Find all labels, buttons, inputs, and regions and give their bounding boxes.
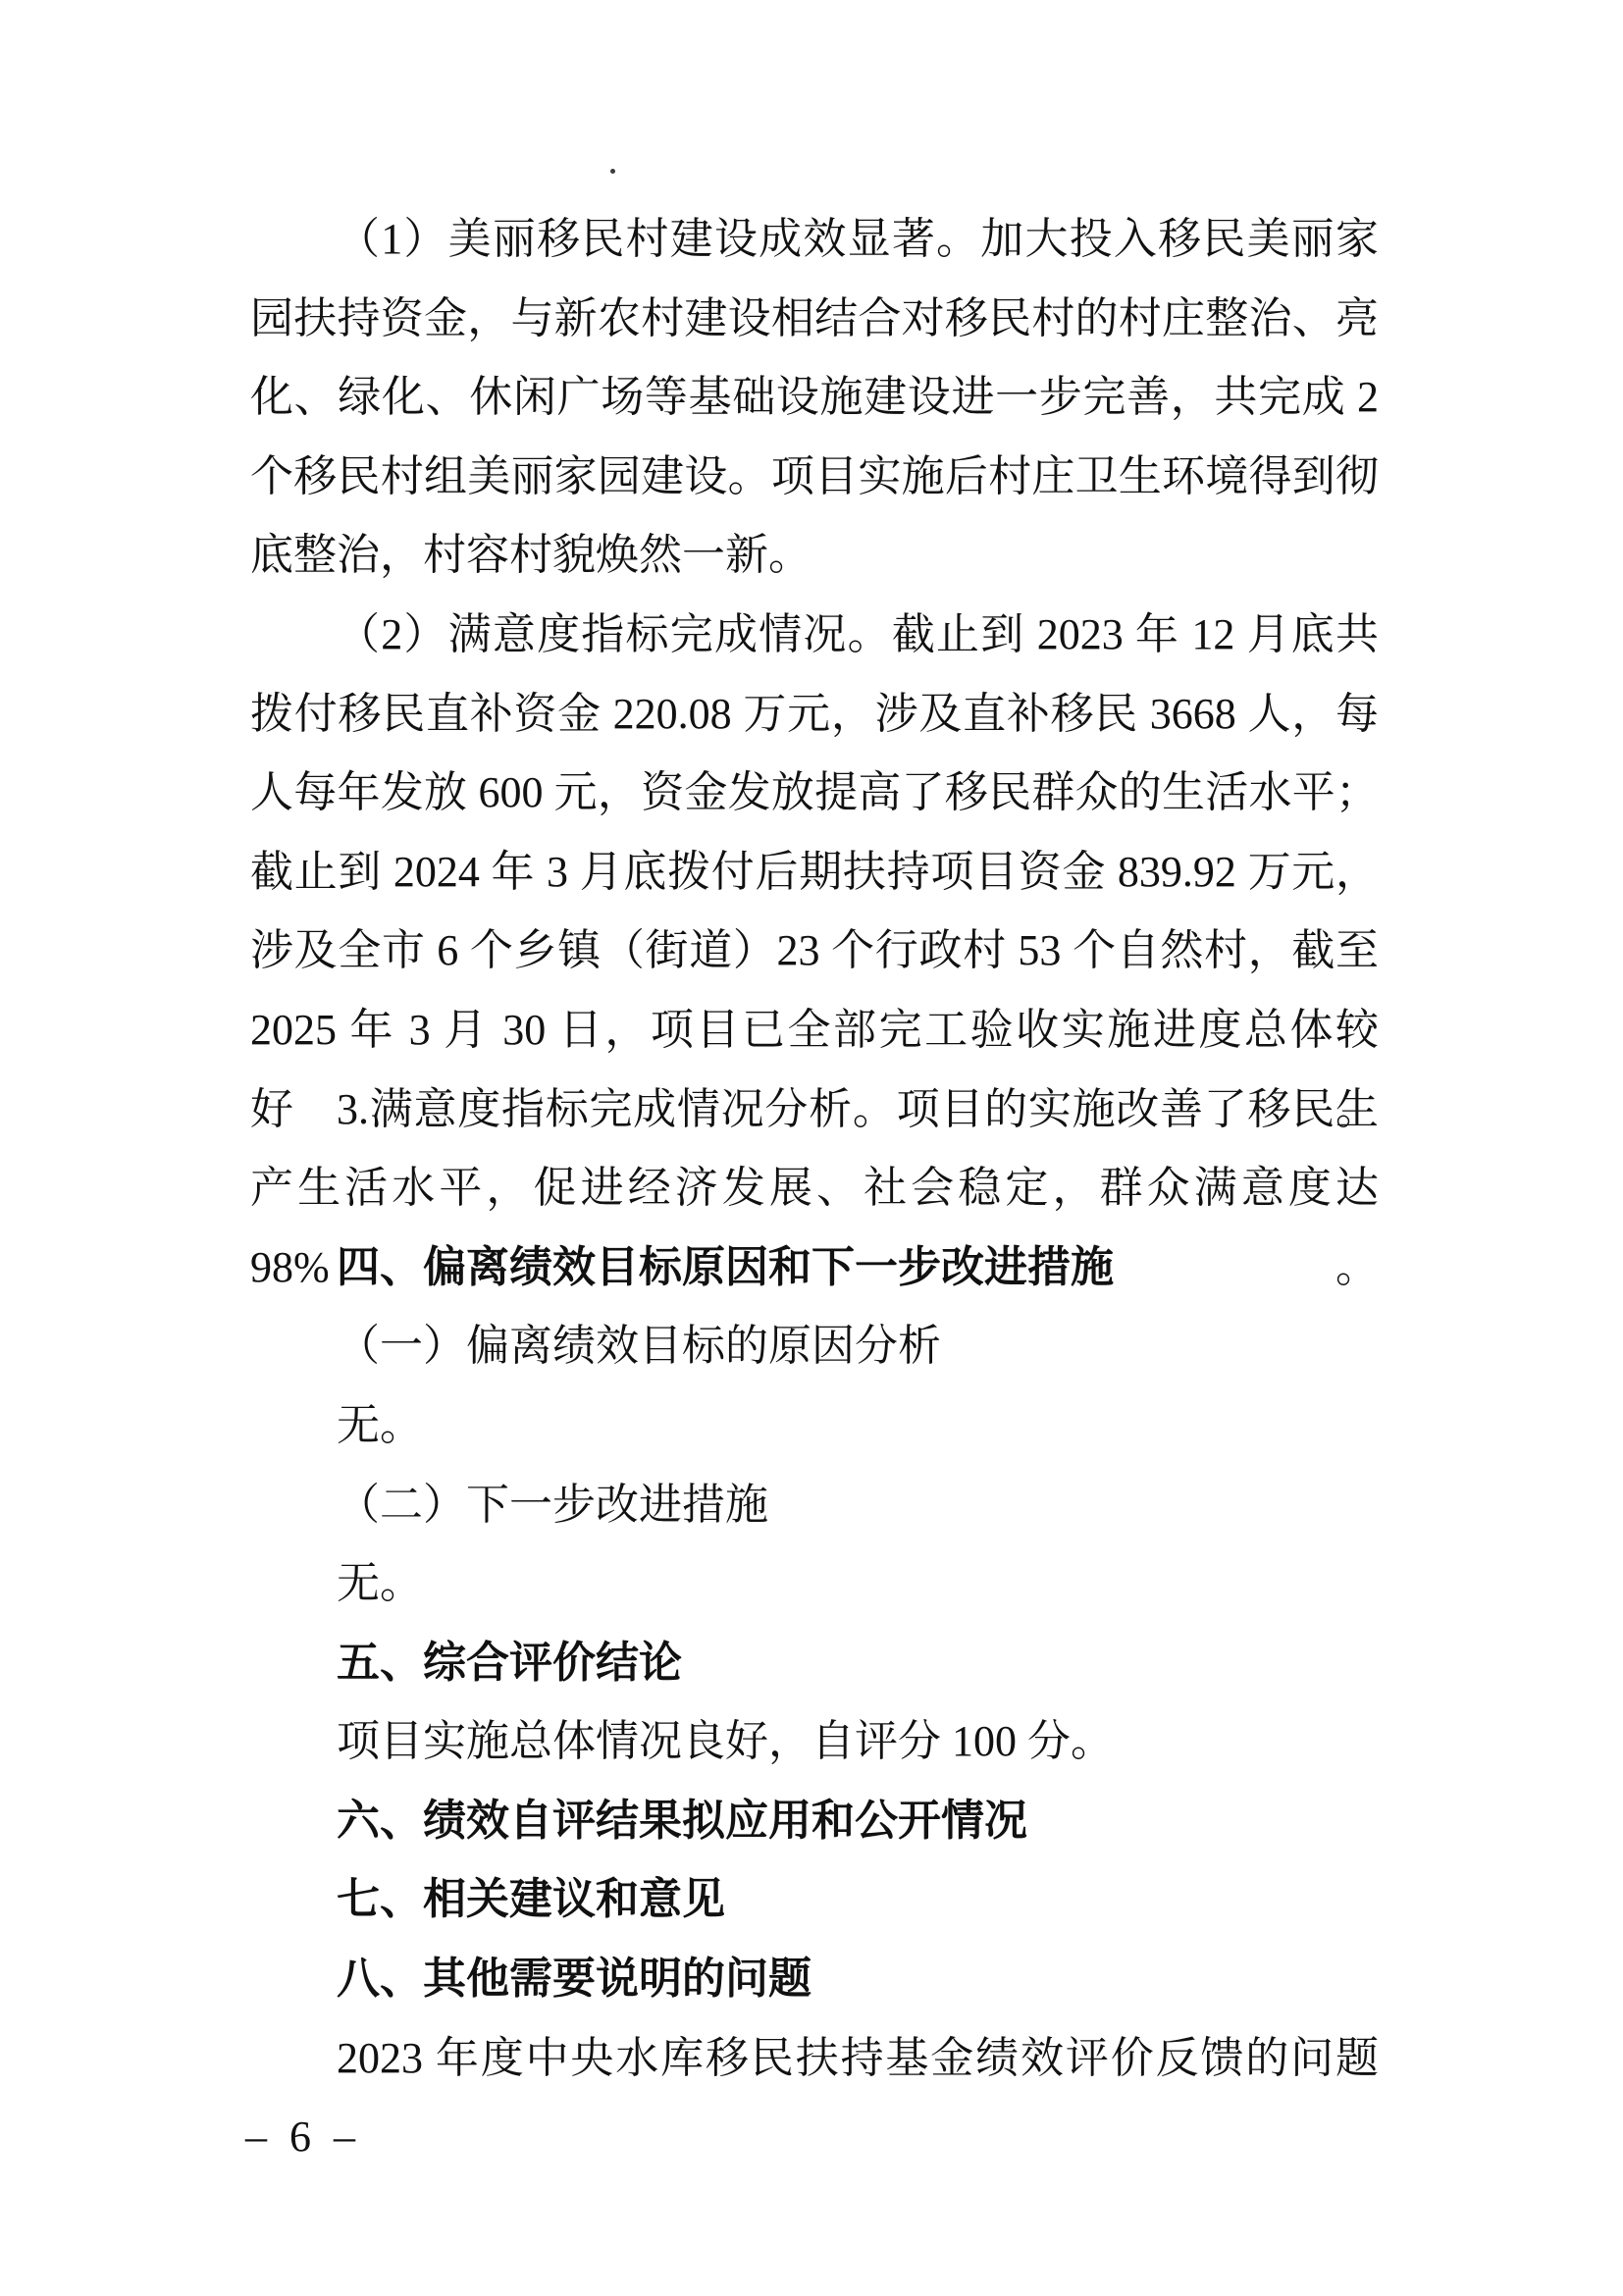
paragraph-line: 3.满意度指标完成情况分析。项目的实施改善了移民生 bbox=[250, 1070, 1379, 1150]
document-text-block: （1）美丽移民村建设成效显著。加大投入移民美丽家 园扶持资金，与新农村建设相结合… bbox=[250, 200, 1379, 2098]
paragraph-line: 个移民村组美丽家园建设。项目实施后村庄卫生环境得到彻 bbox=[250, 438, 1379, 517]
paragraph-line: 2023 年度中央水库移民扶持基金绩效评价反馈的问题 bbox=[250, 2019, 1379, 2099]
paragraph-line: 项目实施总体情况良好，自评分 100 分。 bbox=[250, 1702, 1379, 1782]
section-heading: 七、相关建议和意见 bbox=[250, 1860, 1379, 1940]
paragraph-line: 产生活水平，促进经济发展、社会稳定，群众满意度达 98%。 bbox=[250, 1149, 1379, 1228]
paragraph-line: 无。 bbox=[250, 1544, 1379, 1624]
paragraph-line: 人每年发放 600 元，资金发放提高了移民群众的生活水平； bbox=[250, 754, 1379, 833]
paragraph-line: 底整治，村容村貌焕然一新。 bbox=[250, 516, 1379, 596]
section-heading: 五、综合评价结论 bbox=[250, 1624, 1379, 1703]
paragraph-line: （1）美丽移民村建设成效显著。加大投入移民美丽家 bbox=[250, 200, 1379, 280]
section-heading: 六、绩效自评结果拟应用和公开情况 bbox=[250, 1782, 1379, 1861]
paragraph-line: 化、绿化、休闲广场等基础设施建设进一步完善，共完成 2 bbox=[250, 358, 1379, 438]
paragraph-line: 涉及全市 6 个乡镇（街道）23 个行政村 53 个自然村，截至 bbox=[250, 912, 1379, 991]
paragraph-line: 2025 年 3 月 30 日，项目已全部完工验收实施进度总体较好。 bbox=[250, 991, 1379, 1070]
page-number: – 6 – bbox=[245, 2115, 361, 2159]
paragraph-line: 无。 bbox=[250, 1386, 1379, 1466]
paragraph-line: （2）满意度指标完成情况。截止到 2023 年 12 月底共 bbox=[250, 596, 1379, 675]
paragraph-line: 园扶持资金，与新农村建设相结合对移民村的村庄整治、亮 bbox=[250, 280, 1379, 359]
subsection-heading: （二）下一步改进措施 bbox=[250, 1466, 1379, 1545]
subsection-heading: （一）偏离绩效目标的原因分析 bbox=[250, 1307, 1379, 1386]
paragraph-line: 截止到 2024 年 3 月底拨付后期扶持项目资金 839.92 万元， bbox=[250, 833, 1379, 913]
scan-artifact-dot bbox=[610, 169, 615, 174]
document-page: （1）美丽移民村建设成效显著。加大投入移民美丽家 园扶持资金，与新农村建设相结合… bbox=[0, 0, 1623, 2296]
paragraph-line: 拨付移民直补资金 220.08 万元，涉及直补移民 3668 人，每 bbox=[250, 675, 1379, 755]
section-heading: 八、其他需要说明的问题 bbox=[250, 1940, 1379, 2019]
